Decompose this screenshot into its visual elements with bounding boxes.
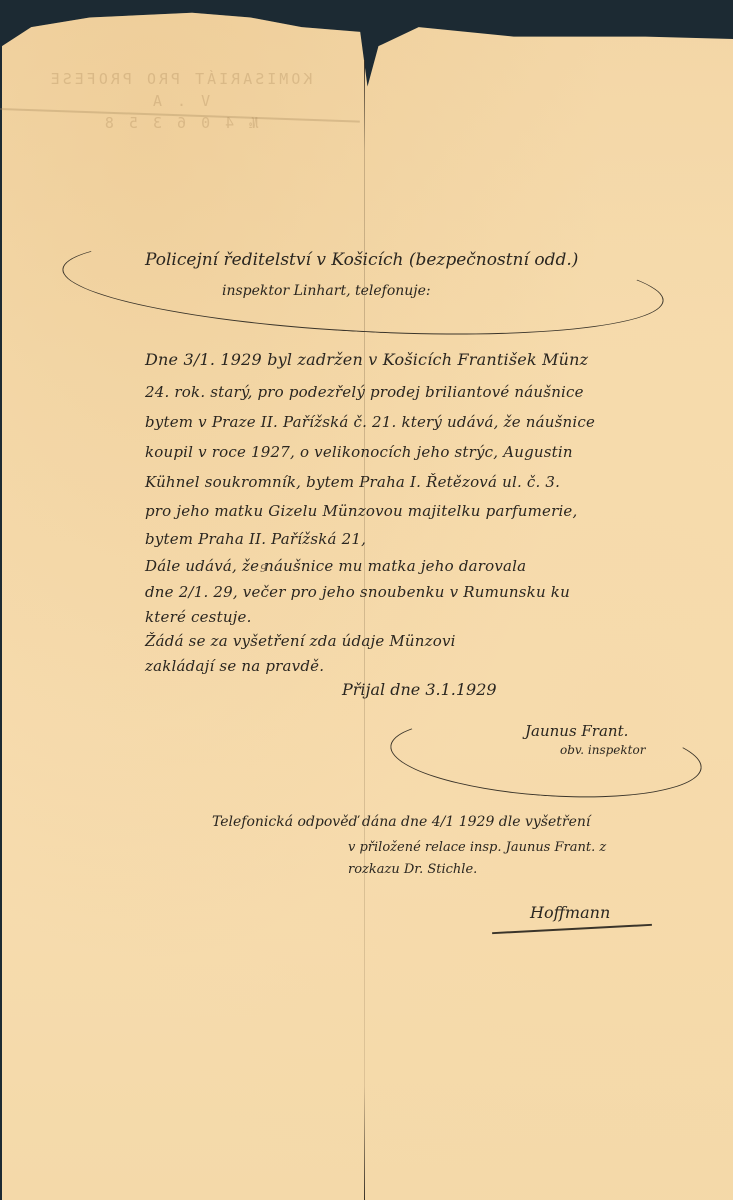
- inspector-title: obv. inspektor: [560, 743, 645, 757]
- body-line: 24. rok. starý, pro podezřelý prodej bri…: [145, 383, 584, 401]
- document-page: [2, 8, 733, 1200]
- body-line: dne 2/1. 29, večer pro jeho snoubenku v …: [145, 583, 570, 601]
- official-signature: Hoffmann: [530, 903, 610, 922]
- header-line-1: Policejní ředitelství v Košicích (bezpeč…: [145, 250, 578, 270]
- body-line: bytem v Praze II. Pařížská č. 21. který …: [145, 413, 595, 431]
- bleed-line: KOMISARIÁT PRO PROFESE: [30, 68, 330, 90]
- bleed-line: V . A: [30, 90, 330, 112]
- correction-mark: 9: [260, 562, 267, 575]
- bleed-line: № 4 0 6 3 5 8: [30, 112, 330, 134]
- reply-note-line: v přiložené relace insp. Jaunus Frant. z: [348, 840, 606, 855]
- body-line: Žádá se za vyšetření zda údaje Münzovi: [145, 632, 456, 650]
- reply-note-line: Telefonická odpověď dána dne 4/1 1929 dl…: [212, 814, 590, 830]
- body-line: bytem Praha II. Pařížská 21,: [145, 530, 366, 548]
- body-line: které cestuje.: [145, 608, 252, 626]
- body-line: zakládají se na pravdě.: [145, 657, 324, 675]
- header-line-2: inspektor Linhart, telefonuje:: [222, 283, 431, 299]
- reply-note-line: rozkazu Dr. Stichle.: [348, 862, 477, 877]
- body-line: pro jeho matku Gizelu Münzovou majitelku…: [145, 502, 577, 520]
- body-line: Kühnel soukromník, bytem Praha I. Řetězo…: [145, 473, 560, 491]
- body-line: Dále udává, že náušnice mu matka jeho da…: [145, 557, 526, 575]
- body-line: Dne 3/1. 1929 byl zadržen v Košicích Fra…: [145, 350, 588, 369]
- received-date: Přijal dne 3.1.1929: [342, 680, 497, 699]
- letterhead-show-through: KOMISARIÁT PRO PROFESE V . A № 4 0 6 3 5…: [30, 68, 330, 158]
- body-line: koupil v roce 1927, o velikonocích jeho …: [145, 443, 573, 461]
- inspector-signature: Jaunus Frant.: [525, 722, 628, 740]
- paper-tear-fold: [364, 60, 365, 1200]
